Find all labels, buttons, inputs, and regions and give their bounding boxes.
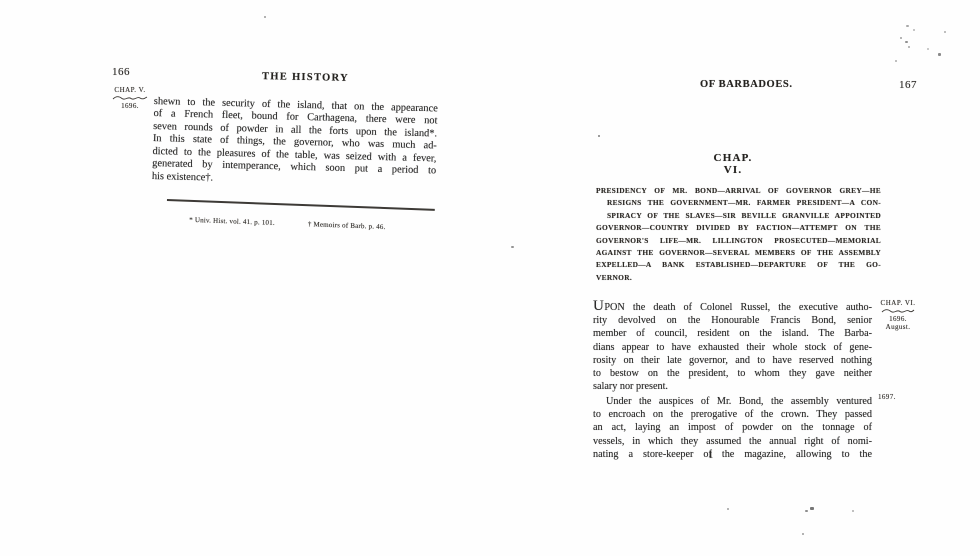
scan-speckle bbox=[264, 16, 266, 18]
body-text-line: to encroach on the prerogative of the cr… bbox=[593, 408, 872, 421]
wavy-underline-icon bbox=[112, 95, 148, 101]
body-text-line: rity devolved on the Honourable Francis … bbox=[593, 314, 872, 327]
scan-speckle bbox=[810, 507, 814, 510]
scan-speckle bbox=[908, 46, 910, 48]
running-header-left: THE HISTORY bbox=[262, 71, 349, 84]
chapter-margin-note-left: CHAP. V. 1696. bbox=[107, 86, 153, 110]
scan-speckle bbox=[598, 135, 600, 137]
scan-speckle bbox=[900, 37, 902, 39]
margin-year-label-2: 1697. bbox=[878, 393, 896, 401]
scan-speckle bbox=[905, 41, 908, 43]
chapter-summary: PRESIDENCY OF MR. BOND—ARRIVAL OF GOVERN… bbox=[596, 185, 881, 284]
body-text-line: rosity on their late governor, and to ha… bbox=[593, 354, 872, 367]
scan-speckle bbox=[906, 25, 909, 27]
drop-cap-initial: U bbox=[593, 298, 604, 314]
right-body-text: UPON the death of Colonel Russel, the ex… bbox=[593, 299, 872, 461]
summary-line: PRESIDENCY OF MR. BOND—ARRIVAL OF GOVERN… bbox=[596, 185, 881, 197]
margin-year-label: 1696. bbox=[876, 315, 920, 323]
body-text-line: nating a store-keeper of the magazine, a… bbox=[593, 448, 872, 461]
summary-line: EXPELLED—A BANK ESTABLISHED—DEPARTURE OF… bbox=[596, 259, 881, 271]
running-header-right: OF BARBADOES. bbox=[700, 79, 793, 90]
scan-speckle bbox=[938, 53, 941, 56]
summary-line: GOVERNOR—COUNTRY DIVIDED BY FACTION—ATTE… bbox=[596, 222, 881, 234]
scan-speckle bbox=[913, 29, 915, 31]
footnote-rule bbox=[167, 199, 435, 210]
scan-speckle bbox=[852, 510, 854, 512]
scan-speckle bbox=[895, 60, 897, 62]
margin-chapter-label: CHAP. V. bbox=[107, 86, 153, 94]
summary-line: RESIGNS THE GOVERNMENT—MR. FARMER PRESID… bbox=[596, 197, 881, 209]
left-body-text: shewn to the security of the island, tha… bbox=[152, 96, 438, 191]
body-text-line: UPON the death of Colonel Russel, the ex… bbox=[593, 299, 872, 314]
paragraph-2: Under the auspices of Mr. Bond, the asse… bbox=[593, 395, 872, 461]
footnote-section: * Univ. Hist. vol. 41. p. 101. † Memoirs… bbox=[166, 199, 437, 232]
page-number-left: 166 bbox=[112, 66, 130, 78]
scan-speckle bbox=[944, 31, 946, 33]
chapter-margin-note-right: CHAP. VI. 1696. August. bbox=[876, 299, 920, 331]
body-text-line: to bestow on the president, to whom they… bbox=[593, 367, 872, 380]
scan-speckle bbox=[805, 510, 808, 512]
footnote-text: † Memoirs of Barb. p. 46. bbox=[308, 220, 386, 231]
chapter-heading: CHAP. VI. bbox=[703, 152, 763, 176]
body-text-line: Under the auspices of Mr. Bond, the asse… bbox=[593, 395, 872, 408]
summary-line: SPIRACY OF THE SLAVES—SIR BEVILLE GRANVI… bbox=[596, 210, 881, 222]
margin-year-label: 1696. bbox=[107, 102, 153, 110]
wavy-underline-icon bbox=[881, 308, 915, 314]
margin-chapter-label: CHAP. VI. bbox=[876, 299, 920, 307]
scan-speckle bbox=[802, 533, 804, 535]
summary-line: GOVERNOR'S LIFE—MR. LILLINGTON PROSECUTE… bbox=[596, 235, 881, 247]
signature-mark: 1 bbox=[708, 450, 713, 461]
margin-month-label: August. bbox=[876, 323, 920, 331]
summary-line: AGAINST THE GOVERNOR—SEVERAL MEMBERS OF … bbox=[596, 247, 881, 259]
body-text-line: member of council, resident on the islan… bbox=[593, 327, 872, 340]
footnote-text: * Univ. Hist. vol. 41. p. 101. bbox=[189, 215, 275, 226]
body-text-line: salary nor present. bbox=[593, 380, 872, 393]
scan-speckle bbox=[511, 246, 514, 248]
body-text-line: dians appear to have exhausted their who… bbox=[593, 341, 872, 354]
page-number-right: 167 bbox=[899, 79, 917, 91]
summary-line: VERNOR. bbox=[596, 272, 881, 284]
body-text-line: vessels, in which they assumed the annua… bbox=[593, 435, 872, 448]
scan-speckle bbox=[727, 508, 729, 510]
book-scan-spread: 166 THE HISTORY CHAP. V. 1696. shewn to … bbox=[0, 0, 980, 556]
body-text-line: an act, laying an impost of powder on th… bbox=[593, 421, 872, 434]
scan-speckle bbox=[927, 48, 929, 50]
